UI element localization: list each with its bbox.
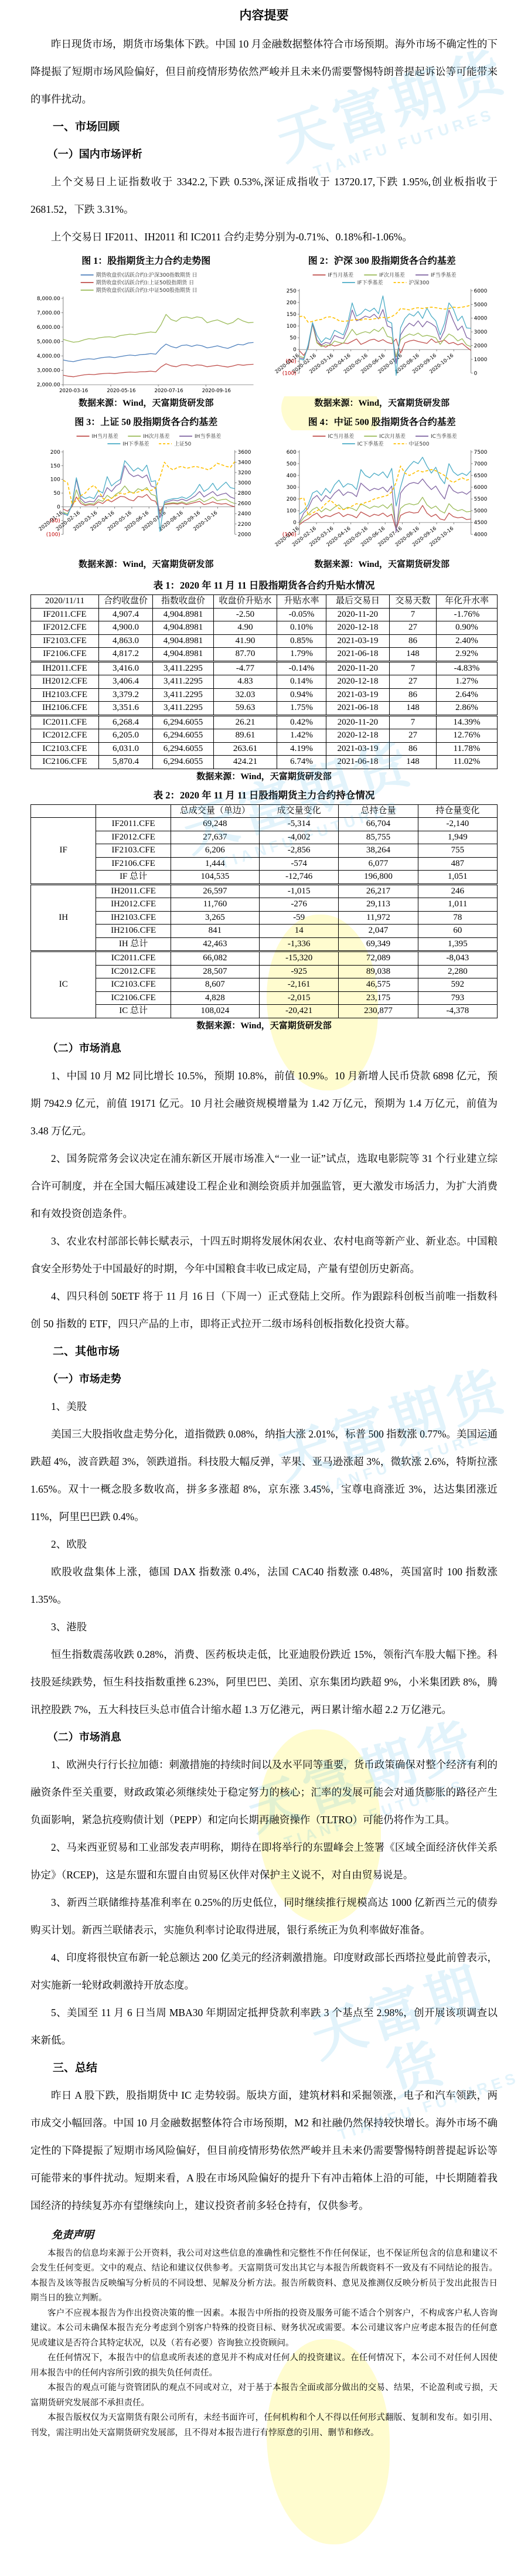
table-2-title: 表 2：2020 年 11 月 11 日股指期货主力合约持仓情况 bbox=[30, 788, 498, 803]
column-header: 总成交量（单边） bbox=[171, 804, 259, 818]
svg-text:3,000.00: 3,000.00 bbox=[37, 368, 60, 374]
table-cell: IC2012.CFE bbox=[31, 729, 99, 743]
table-cell: 23,175 bbox=[339, 991, 418, 1005]
disclaimer-paragraph: 在任何情况下，本报告中的信息或所表述的意见并不构成对任何人的投资建议。在任何情况… bbox=[30, 2351, 498, 2381]
table-row: IH2106.CFE3,351.63,411.229559.631.75%202… bbox=[31, 702, 498, 716]
table-cell: 1,011 bbox=[418, 898, 497, 912]
table-cell: IH2106.CFE bbox=[31, 702, 99, 716]
figure-grid-top: 图 1：股指期货主力合约走势图 期货收盘价(活跃合约):沪深300指数期货 日期… bbox=[30, 253, 498, 412]
svg-text:6000: 6000 bbox=[474, 288, 487, 294]
svg-text:50: 50 bbox=[53, 491, 60, 497]
table-cell: IF2106.CFE bbox=[96, 857, 171, 871]
svg-text:IH下季基差: IH下季基差 bbox=[122, 440, 149, 447]
svg-text:100: 100 bbox=[50, 477, 60, 483]
table-cell: 85,755 bbox=[339, 831, 418, 844]
figure-1-title: 图 1：股指期货主力合约走势图 bbox=[30, 254, 262, 269]
svg-text:4000: 4000 bbox=[474, 532, 487, 538]
table-cell: 5,870.4 bbox=[98, 756, 152, 769]
heading-overseas-news: （二）市场消息 bbox=[30, 1724, 498, 1751]
svg-text:4,000.00: 4,000.00 bbox=[37, 354, 60, 359]
svg-text:2,000.00: 2,000.00 bbox=[37, 382, 60, 388]
table-cell: 3,411.2295 bbox=[152, 688, 213, 702]
paragraph-us-stocks: 美国三大股指收盘走势分化，道指微跌 0.08%，纳指大涨 2.01%，标普 50… bbox=[30, 1420, 498, 1531]
table-cell: 6,294.6055 bbox=[152, 729, 213, 743]
table-row: IF2106.CFE4,817.24,904.898187.701.79%202… bbox=[31, 648, 498, 662]
table-cell: -0.05% bbox=[277, 608, 326, 621]
table-cell: 7 bbox=[389, 608, 436, 621]
table-row: IF2011.CFE4,907.44,904.8981-2.50-0.05%20… bbox=[31, 608, 498, 621]
paragraph-index-close: 上个交易日上证指数收于 3342.2,下跌 0.53%,深证成指收于 13720… bbox=[30, 168, 498, 223]
table-cell: IH2012.CFE bbox=[96, 898, 171, 912]
paragraph-eu-stocks: 欧股收盘集体上涨，德国 DAX 指数涨 0.4%，法国 CAC40 指数涨 0.… bbox=[30, 1558, 498, 1613]
table-cell: 2021-06-18 bbox=[326, 702, 389, 716]
table-cell: 4,907.4 bbox=[98, 608, 152, 621]
table-cell: 2021-06-18 bbox=[326, 756, 389, 769]
table-cell: -4,002 bbox=[260, 831, 339, 844]
svg-text:5000: 5000 bbox=[474, 302, 487, 308]
table-row: IC 总计108,024-20,421230,877-4,378 bbox=[31, 1005, 498, 1018]
figure-grid-bottom: 图 3：上证 50 股指期货各合约基差 IH当月基差IH次月基差IH当季基差IH… bbox=[30, 414, 498, 573]
table-cell: -574 bbox=[260, 857, 339, 871]
table-cell: IC2011.CFE bbox=[96, 951, 171, 966]
svg-text:300: 300 bbox=[286, 485, 296, 491]
table-cell: IF 总计 bbox=[96, 871, 171, 885]
table-cell: IH2011.CFE bbox=[31, 661, 99, 675]
line-chart-ih-basis: IH当月基差IH次月基差IH当季基差IH下季基差上证50(100)(50)050… bbox=[30, 430, 262, 558]
heading-eu-stocks: 2、欧股 bbox=[30, 1531, 498, 1558]
table-cell: -1,015 bbox=[260, 884, 339, 898]
column-header bbox=[31, 804, 96, 818]
svg-text:50: 50 bbox=[289, 335, 297, 341]
table-cell: IH2103.CFE bbox=[31, 688, 99, 702]
figure-4-title: 图 4：中证 500 股指期货各合约基差 bbox=[267, 416, 498, 430]
figure-3: 图 3：上证 50 股指期货各合约基差 IH当月基差IH次月基差IH当季基差IH… bbox=[30, 414, 262, 573]
group-label: IC bbox=[31, 951, 96, 1018]
news-item: 5、美国至 11 月 6 日当周 MBA30 年期固定抵押贷款利率跌 3 个基点… bbox=[30, 1999, 498, 2054]
table-row: IFIF2011.CFE69,248-5,31466,704-2,140 bbox=[31, 818, 498, 831]
svg-text:3000: 3000 bbox=[238, 481, 251, 487]
table-cell: 6,206 bbox=[171, 844, 259, 858]
svg-text:2020-03-16: 2020-03-16 bbox=[59, 388, 88, 393]
table-cell: 3,351.6 bbox=[98, 702, 152, 716]
table-cell: 42,463 bbox=[171, 937, 259, 951]
table-cell: 11,972 bbox=[339, 911, 418, 925]
table-1-source: 数据来源：Wind，天富期货研发部 bbox=[30, 770, 498, 783]
table-cell: 230,877 bbox=[339, 1005, 418, 1018]
column-header: 年化升水率 bbox=[436, 595, 497, 609]
svg-text:5000: 5000 bbox=[474, 508, 487, 514]
svg-text:2000: 2000 bbox=[474, 343, 487, 349]
figure-2-source: 数据来源：Wind，天富期货研发部 bbox=[267, 397, 498, 410]
news-item: 4、印度将很快宣布新一轮总额达 200 亿美元的经济刺激措施。印度财政部长西塔拉… bbox=[30, 1944, 498, 1999]
table-cell: 1,949 bbox=[418, 831, 497, 844]
table-cell: 87.70 bbox=[213, 648, 277, 662]
table-cell: 14.39% bbox=[436, 715, 497, 729]
news-item: 2、国务院常务会议决定在浦东新区开展市场准入“一业一证”试点，选取电影院等 31… bbox=[30, 1145, 498, 1228]
news-item: 3、农业农村部部长韩长赋表示，十四五时期将发展休闲农业、农村电商等新产业、新业态… bbox=[30, 1228, 498, 1283]
table-header-row: 总成交量（单边）成交量变化总持仓量持仓量变化 bbox=[31, 804, 498, 818]
svg-text:2800: 2800 bbox=[238, 491, 251, 497]
table-row: IH2012.CFE11,760-27629,1131,011 bbox=[31, 898, 498, 912]
table-row: IF2106.CFE1,444-5746,077487 bbox=[31, 857, 498, 871]
svg-text:150: 150 bbox=[286, 312, 296, 318]
table-cell: 2021-03-19 bbox=[326, 634, 389, 648]
svg-text:上证50: 上证50 bbox=[174, 440, 192, 447]
svg-text:200: 200 bbox=[286, 497, 296, 502]
table-cell: 2.92% bbox=[436, 648, 497, 662]
table-cell: 108,024 bbox=[171, 1005, 259, 1018]
column-header: 持仓量变化 bbox=[418, 804, 497, 818]
table-cell: 4,904.8981 bbox=[152, 621, 213, 635]
table-row: IF 总计104,535-12,746196,8001,051 bbox=[31, 871, 498, 885]
table-cell: 26.21 bbox=[213, 715, 277, 729]
table-row: IF2012.CFE27,637-4,00285,7551,949 bbox=[31, 831, 498, 844]
table-cell: 0.85% bbox=[277, 634, 326, 648]
table-cell: IF2103.CFE bbox=[96, 844, 171, 858]
table-cell: -0.14% bbox=[277, 661, 326, 675]
table-cell: 32.03 bbox=[213, 688, 277, 702]
table-cell: -925 bbox=[260, 965, 339, 978]
table-cell: -4.83% bbox=[436, 661, 497, 675]
svg-text:150: 150 bbox=[50, 463, 60, 469]
heading-summary: 三、总结 bbox=[30, 2054, 498, 2082]
group-label: IF bbox=[31, 818, 96, 885]
table-cell: 148 bbox=[389, 648, 436, 662]
figure-3-source: 数据来源：Wind，天富期货研发部 bbox=[30, 558, 262, 571]
table-row: IH2011.CFE3,416.03,411.2295-4.77-0.14%20… bbox=[31, 661, 498, 675]
table-cell: 6,077 bbox=[339, 857, 418, 871]
heading-disclaimer: 免责声明 bbox=[30, 2223, 498, 2247]
table-row: IF2012.CFE4,900.04,904.89814.900.10%2020… bbox=[31, 621, 498, 635]
svg-text:2200: 2200 bbox=[238, 522, 251, 528]
table-cell: IH2106.CFE bbox=[96, 925, 171, 938]
table-cell: -276 bbox=[260, 898, 339, 912]
table-cell: -15,320 bbox=[260, 951, 339, 966]
table-cell: 196,800 bbox=[339, 871, 418, 885]
svg-text:5,000.00: 5,000.00 bbox=[37, 339, 60, 345]
table-cell: 41.90 bbox=[213, 634, 277, 648]
table-cell: 1,051 bbox=[418, 871, 497, 885]
table-cell: 3,411.2295 bbox=[152, 661, 213, 675]
table-cell: 89,038 bbox=[339, 965, 418, 978]
table-cell: 6,268.4 bbox=[98, 715, 152, 729]
table-cell: 1.79% bbox=[277, 648, 326, 662]
table-cell: 3,411.2295 bbox=[152, 675, 213, 689]
table-cell: 3,416.0 bbox=[98, 661, 152, 675]
svg-text:IC当季基差: IC当季基差 bbox=[430, 433, 457, 440]
table-cell: 89.61 bbox=[213, 729, 277, 743]
paragraph-intro: 昨日现货市场，期货市场集体下跌。中国 10 月金融数据整体符合市场预期。海外市场… bbox=[30, 30, 498, 113]
column-header: 收盘价升贴水 bbox=[213, 595, 277, 609]
table-cell: 4,900.0 bbox=[98, 621, 152, 635]
svg-text:(100): (100) bbox=[46, 532, 60, 538]
table-cell: 4,904.8981 bbox=[152, 634, 213, 648]
table-cell: 27 bbox=[389, 621, 436, 635]
table-cell: 4,817.2 bbox=[98, 648, 152, 662]
table-cell: IC2011.CFE bbox=[31, 715, 99, 729]
svg-text:3600: 3600 bbox=[238, 450, 251, 456]
table-row: IC2011.CFE6,268.46,294.605526.210.42%202… bbox=[31, 715, 498, 729]
table-cell: 27,637 bbox=[171, 831, 259, 844]
heading-other-markets: 二、其他市场 bbox=[30, 1338, 498, 1365]
column-header: 指数收盘价 bbox=[152, 595, 213, 609]
table-cell: IH2011.CFE bbox=[96, 884, 171, 898]
table-cell: 0.42% bbox=[277, 715, 326, 729]
table-cell: -2.50 bbox=[213, 608, 277, 621]
table-cell: 12.76% bbox=[436, 729, 497, 743]
figure-4-source: 数据来源：Wind，天富期货研发部 bbox=[267, 558, 498, 571]
table-cell: 11.02% bbox=[436, 756, 497, 769]
column-header: 成交量变化 bbox=[260, 804, 339, 818]
table-open-interest: 总成交量（单边）成交量变化总持仓量持仓量变化 IFIF2011.CFE69,24… bbox=[30, 804, 498, 1018]
table-cell: 592 bbox=[418, 978, 497, 992]
table-cell: 72,089 bbox=[339, 951, 418, 966]
group-label: IH bbox=[31, 884, 96, 951]
table-cell: 3,265 bbox=[171, 911, 259, 925]
table-cell: -4.77 bbox=[213, 661, 277, 675]
table-row: IC2012.CFE28,507-92589,0382,280 bbox=[31, 965, 498, 978]
table-cell: 11.78% bbox=[436, 742, 497, 756]
table-row: IH 总计42,463-1,33669,3491,395 bbox=[31, 937, 498, 951]
table-cell: 3,411.2295 bbox=[152, 702, 213, 716]
svg-text:5500: 5500 bbox=[474, 497, 487, 502]
table-cell: 2021-03-19 bbox=[326, 688, 389, 702]
table-cell: 2020-12-18 bbox=[326, 621, 389, 635]
table-cell: 1.42% bbox=[277, 729, 326, 743]
table-cell: 4,828 bbox=[171, 991, 259, 1005]
table-cell: 27 bbox=[389, 729, 436, 743]
table-cell: 26,597 bbox=[171, 884, 259, 898]
svg-text:2400: 2400 bbox=[238, 511, 251, 517]
table-row: IF2103.CFE4,863.04,904.898141.900.85%202… bbox=[31, 634, 498, 648]
table-cell: -12,746 bbox=[260, 871, 339, 885]
table-cell: IH 总计 bbox=[96, 937, 171, 951]
disclaimer-paragraph: 本报告版权仅为天富期货有限公司所有，未经书面许可，任何机构和个人不得以任何形式翻… bbox=[30, 2411, 498, 2441]
table-cell: 2,280 bbox=[418, 965, 497, 978]
svg-text:3400: 3400 bbox=[238, 460, 251, 466]
table-row: ICIC2011.CFE66,082-15,32072,089-8,043 bbox=[31, 951, 498, 966]
table-cell: IC2106.CFE bbox=[96, 991, 171, 1005]
svg-text:IF次月基差: IF次月基差 bbox=[379, 271, 405, 278]
table-cell: -20,421 bbox=[260, 1005, 339, 1018]
svg-text:IC下季基差: IC下季基差 bbox=[357, 440, 383, 447]
line-chart-if-basis: IF当月基差IF次月基差IF当季基差IF下季基差沪深300(100)(50)05… bbox=[267, 269, 498, 396]
svg-text:6000: 6000 bbox=[474, 485, 487, 491]
table-cell: -2,161 bbox=[260, 978, 339, 992]
table-cell: IC2012.CFE bbox=[96, 965, 171, 978]
svg-text:中证500: 中证500 bbox=[408, 440, 429, 447]
table-cell: 8,607 bbox=[171, 978, 259, 992]
table-cell: 6,294.6055 bbox=[152, 715, 213, 729]
table-cell: 4.90 bbox=[213, 621, 277, 635]
heading-market-trend: （一）市场走势 bbox=[30, 1365, 498, 1393]
heading-us-stocks: 1、美股 bbox=[30, 1393, 498, 1420]
table-cell: 86 bbox=[389, 688, 436, 702]
table-cell: -1.76% bbox=[436, 608, 497, 621]
column-header: 最后交易日 bbox=[326, 595, 389, 609]
column-header: 合约收盘价 bbox=[98, 595, 152, 609]
table-cell: 2.40% bbox=[436, 634, 497, 648]
table-cell: 6,294.6055 bbox=[152, 756, 213, 769]
table-cell: 6,205.0 bbox=[98, 729, 152, 743]
table-cell: IH2012.CFE bbox=[31, 675, 99, 689]
table-cell: IF2106.CFE bbox=[31, 648, 99, 662]
table-cell: 66,082 bbox=[171, 951, 259, 966]
table-cell: 86 bbox=[389, 634, 436, 648]
news-item: 4、四只科创 50ETF 将于 11 月 16 日（下周一）正式登陆上交所。作为… bbox=[30, 1283, 498, 1338]
svg-text:4000: 4000 bbox=[474, 316, 487, 322]
table-cell: 4.83 bbox=[213, 675, 277, 689]
table-cell: 11,760 bbox=[171, 898, 259, 912]
svg-text:3200: 3200 bbox=[238, 470, 251, 476]
table-cell: IF2012.CFE bbox=[96, 831, 171, 844]
table-cell: 69,349 bbox=[339, 937, 418, 951]
svg-text:2020-07-16: 2020-07-16 bbox=[155, 388, 183, 393]
table-cell: 6.74% bbox=[277, 756, 326, 769]
table-cell: -1,336 bbox=[260, 937, 339, 951]
table-row: IC2106.CFE4,828-2,01523,175793 bbox=[31, 991, 498, 1005]
table-row: IC2103.CFE8,607-2,16146,575592 bbox=[31, 978, 498, 992]
svg-text:期货收盘价(活跃合约):中证500股指期货 日: 期货收盘价(活跃合约):中证500股指期货 日 bbox=[96, 287, 197, 294]
svg-text:250: 250 bbox=[286, 288, 296, 294]
disclaimer-paragraph: 客户不应视本报告为作出投资决策的惟一因素。本报告中所指的投资及服务可能不适合个别… bbox=[30, 2306, 498, 2351]
svg-text:IF下季基差: IF下季基差 bbox=[357, 279, 383, 286]
table-cell: IH2103.CFE bbox=[96, 911, 171, 925]
table-cell: IC2103.CFE bbox=[31, 742, 99, 756]
heading-market-review: 一、市场回顾 bbox=[30, 113, 498, 141]
table-cell: IF2103.CFE bbox=[31, 634, 99, 648]
table-cell: 1.27% bbox=[436, 675, 497, 689]
column-header: 升贴水率 bbox=[277, 595, 326, 609]
table-cell: 86 bbox=[389, 742, 436, 756]
table-cell: 29,113 bbox=[339, 898, 418, 912]
table-cell: 2020-12-18 bbox=[326, 675, 389, 689]
table-cell: 2021-03-19 bbox=[326, 742, 389, 756]
table-row: IF2103.CFE6,206-2,85638,264755 bbox=[31, 844, 498, 858]
svg-text:3000: 3000 bbox=[474, 329, 487, 335]
table-cell: 148 bbox=[389, 756, 436, 769]
table-cell: 66,704 bbox=[339, 818, 418, 831]
svg-text:100: 100 bbox=[286, 508, 296, 514]
table-cell: 424.21 bbox=[213, 756, 277, 769]
table-cell: -4,378 bbox=[418, 1005, 497, 1018]
table-row: IC2012.CFE6,205.06,294.605589.611.42%202… bbox=[31, 729, 498, 743]
table-cell: 1,444 bbox=[171, 857, 259, 871]
figure-1: 图 1：股指期货主力合约走势图 期货收盘价(活跃合约):沪深300指数期货 日期… bbox=[30, 253, 262, 412]
svg-text:600: 600 bbox=[286, 450, 296, 456]
column-header: 2020/11/11 bbox=[31, 595, 99, 609]
table-cell: 59.63 bbox=[213, 702, 277, 716]
figure-2-title: 图 2：沪深 300 股指期货各合约基差 bbox=[267, 254, 498, 269]
svg-text:IC当月基差: IC当月基差 bbox=[328, 433, 354, 440]
paragraph-hk-stocks: 恒生指数震荡收跌 0.28%，消费、医药板块走低，比亚迪股份跌近 15%，领衔汽… bbox=[30, 1641, 498, 1724]
svg-text:7500: 7500 bbox=[474, 450, 487, 456]
table-cell: 0.90% bbox=[436, 621, 497, 635]
table-cell: 4.19% bbox=[277, 742, 326, 756]
table-cell: 14 bbox=[260, 925, 339, 938]
table-cell: -59 bbox=[260, 911, 339, 925]
table-cell: 148 bbox=[389, 702, 436, 716]
table-cell: -5,314 bbox=[260, 818, 339, 831]
line-chart-main-contracts: 期货收盘价(活跃合约):沪深300指数期货 日期货收盘价(活跃合约):上证50股… bbox=[30, 269, 262, 396]
news-item: 1、欧洲央行行长拉加德：刺激措施的持续时间以及水平同等重要，货币政策确保对整个经… bbox=[30, 1751, 498, 1834]
table-cell: IF2011.CFE bbox=[96, 818, 171, 831]
table-row: IC2106.CFE5,870.46,294.6055424.216.74%20… bbox=[31, 756, 498, 769]
table-row: IH2012.CFE3,406.43,411.22954.830.14%2020… bbox=[31, 675, 498, 689]
table-cell: 1,395 bbox=[418, 937, 497, 951]
svg-text:100: 100 bbox=[286, 324, 296, 329]
table-cell: 7 bbox=[389, 661, 436, 675]
table-cell: 3,406.4 bbox=[98, 675, 152, 689]
table-cell: 7 bbox=[389, 715, 436, 729]
figure-2: 图 2：沪深 300 股指期货各合约基差 IF当月基差IF次月基差IF当季基差I… bbox=[267, 253, 498, 412]
svg-text:2600: 2600 bbox=[238, 501, 251, 507]
svg-text:2000: 2000 bbox=[238, 532, 251, 538]
table-cell: 4,904.8981 bbox=[152, 608, 213, 621]
table-cell: -2,140 bbox=[418, 818, 497, 831]
news-item: 3、新西兰联储维持基准利率在 0.25%的历史低位，同时继续推行规模高达 100… bbox=[30, 1889, 498, 1944]
paragraph-contract-moves: 上个交易日 IF2011、IH2011 和 IC2011 合约走势分别为-0.7… bbox=[30, 223, 498, 251]
table-cell: 0.10% bbox=[277, 621, 326, 635]
figure-1-source: 数据来源：Wind，天富期货研发部 bbox=[30, 397, 262, 410]
table-cell: 4,863.0 bbox=[98, 634, 152, 648]
svg-text:2020-09-16: 2020-09-16 bbox=[202, 388, 231, 393]
news-item: 2、马来西亚贸易和工业部发表声明称，期待在即将举行的东盟峰会上签署《区域全面经济… bbox=[30, 1834, 498, 1889]
line-chart-ic-basis: IC当月基差IC次月基差IC当季基差IC下季基差中证500(100)010020… bbox=[267, 430, 498, 558]
table-cell: 26,217 bbox=[339, 884, 418, 898]
svg-text:IH当季基差: IH当季基差 bbox=[195, 433, 221, 440]
table-cell: 4,904.8981 bbox=[152, 648, 213, 662]
table-cell: 46,575 bbox=[339, 978, 418, 992]
svg-text:0: 0 bbox=[474, 371, 477, 376]
report-document: { "doc": { "title": "内容提要", "source_note… bbox=[0, 0, 528, 2458]
svg-text:400: 400 bbox=[286, 473, 296, 479]
table-cell: 2021-06-18 bbox=[326, 648, 389, 662]
table-cell: 38,264 bbox=[339, 844, 418, 858]
heading-domestic-review: （一）国内市场评析 bbox=[30, 141, 498, 168]
svg-text:7,000.00: 7,000.00 bbox=[37, 310, 60, 316]
svg-text:期货收盘价(活跃合约):上证50股指期货 日: 期货收盘价(活跃合约):上证50股指期货 日 bbox=[96, 279, 195, 286]
table-cell: 263.61 bbox=[213, 742, 277, 756]
svg-text:200: 200 bbox=[286, 300, 296, 306]
disclaimer-paragraph: 本报告的观点可能与资管团队的观点不同或对立，对于基于本报告全面或部分做出的交易、… bbox=[30, 2381, 498, 2411]
table-cell: IC2103.CFE bbox=[96, 978, 171, 992]
table-cell: 793 bbox=[418, 991, 497, 1005]
table-cell: IF2012.CFE bbox=[31, 621, 99, 635]
table-cell: -2,856 bbox=[260, 844, 339, 858]
table-cell: 78 bbox=[418, 911, 497, 925]
table-cell: 69,248 bbox=[171, 818, 259, 831]
svg-text:7000: 7000 bbox=[474, 461, 487, 467]
svg-text:6500: 6500 bbox=[474, 473, 487, 479]
svg-text:200: 200 bbox=[50, 450, 60, 456]
table-cell: 6,294.6055 bbox=[152, 742, 213, 756]
table-cell: 2,047 bbox=[339, 925, 418, 938]
svg-text:IH次月基差: IH次月基差 bbox=[143, 433, 169, 440]
figure-3-title: 图 3：上证 50 股指期货各合约基差 bbox=[30, 416, 262, 430]
report-page: 内容提要 昨日现货市场，期货市场集体下跌。中国 10 月金融数据整体符合市场预期… bbox=[0, 0, 528, 2458]
svg-text:8,000.00: 8,000.00 bbox=[37, 296, 60, 302]
table-1-title: 表 1：2020 年 11 月 11 日股指期货各合约升贴水情况 bbox=[30, 578, 498, 593]
figure-4: 图 4：中证 500 股指期货各合约基差 IC当月基差IC次月基差IC当季基差I… bbox=[267, 414, 498, 573]
svg-text:IF当月基差: IF当月基差 bbox=[328, 271, 353, 278]
table-cell: 2020-11-20 bbox=[326, 661, 389, 675]
table-cell: 104,535 bbox=[171, 871, 259, 885]
table-cell: 246 bbox=[418, 884, 497, 898]
table-cell: 2020-12-18 bbox=[326, 729, 389, 743]
table-cell: 3,379.2 bbox=[98, 688, 152, 702]
column-header: 总持仓量 bbox=[339, 804, 418, 818]
